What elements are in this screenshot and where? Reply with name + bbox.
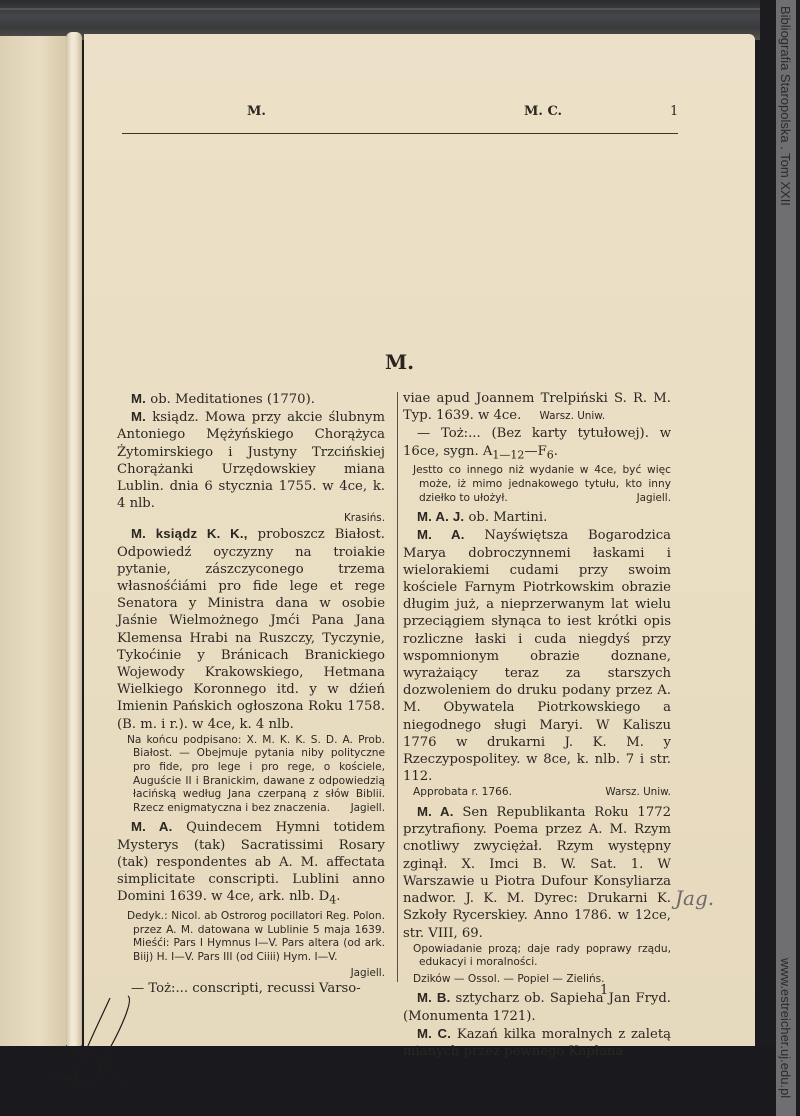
entry: M. A. Quindecem Hymni totidem Mysterys (…	[117, 818, 385, 909]
entry-signature: M. A.	[417, 527, 465, 542]
entry-signature: M. C.	[417, 1026, 451, 1041]
entry: M. C. Kazań kilka moralnych z zaletą mia…	[403, 1025, 671, 1060]
handwritten-margin-note: Jag.	[675, 886, 714, 910]
entry-note: Na końcu podpisano: X. M. K. K. S. D. A.…	[133, 734, 385, 816]
entry-signature: M. A.	[131, 819, 172, 834]
entry: M. A. Nayświętsza Bogarodzica Marya dobr…	[403, 526, 671, 785]
section-heading: M.	[385, 350, 414, 374]
library-location: Warsz. Uniw.	[611, 786, 671, 800]
right-column: viae apud Joannem Trelpiński S. R. M. Ty…	[403, 390, 671, 1060]
entry: — Toż:... conscripti, recussi Varso-	[117, 980, 385, 997]
book-gutter	[66, 32, 82, 1046]
library-location: Krasińs.	[117, 512, 385, 525]
library-locations: Dzików — Ossol. — Popiel — Zielińs.	[419, 973, 671, 987]
library-location: Warsz. Uniw.	[539, 410, 605, 422]
entry: — Toż:... (Bez karty tytułowej). w 16ce,…	[403, 425, 671, 463]
entry-signature: M.	[131, 409, 146, 424]
entry: M. ob. Meditationes (1770).	[117, 390, 385, 408]
entry-signature: M. ksiądz K. K.,	[131, 526, 248, 541]
entry-note: Approbata r. 1766. Warsz. Uniw.	[419, 786, 671, 800]
entry: M. B. sztycharz ob. Sapieha Jan Fryd. (M…	[403, 989, 671, 1024]
column-divider	[397, 392, 398, 982]
running-head-page-number: 1	[670, 104, 678, 119]
header-rule	[122, 133, 678, 134]
entry: M. A. J. ob. Martini.	[403, 508, 671, 526]
library-location: Jagiell.	[643, 492, 671, 506]
running-head-left: M.	[247, 104, 266, 119]
entry-signature: M. A. J.	[417, 509, 464, 524]
entry-signature: M.	[131, 391, 146, 406]
signature-scribble-icon	[50, 990, 140, 1100]
left-page-leaf	[0, 36, 66, 1046]
running-head-center: M. C.	[524, 104, 562, 119]
entry: M. ksiądz. Mowa przy akcie ślubnym Anton…	[117, 408, 385, 512]
entry-signature: M. A.	[417, 804, 454, 819]
library-location: Jagiell.	[357, 802, 385, 816]
entry-continuation: viae apud Joannem Trelpiński S. R. M. Ty…	[403, 390, 671, 425]
entry: M. ksiądz K. K., proboszcz Białost. Odpo…	[117, 525, 385, 732]
library-location: Jagiell.	[117, 967, 385, 980]
entry-signature: M. B.	[417, 990, 450, 1005]
entry-note: Jestto co innego niż wydanie w 4ce, być …	[419, 464, 671, 505]
entry-note: Dedyk.: Nicol. ab Ostrorog pocillatori R…	[133, 910, 385, 964]
left-column: M. ob. Meditationes (1770). M. ksiądz. M…	[117, 390, 385, 998]
entry: M. A. Sen Republikanta Roku 1772 przytra…	[403, 803, 671, 942]
entry-note: Opowiadanie prozą; daje rady poprawy rzą…	[419, 943, 671, 970]
footer-page-number: 1	[600, 983, 608, 998]
